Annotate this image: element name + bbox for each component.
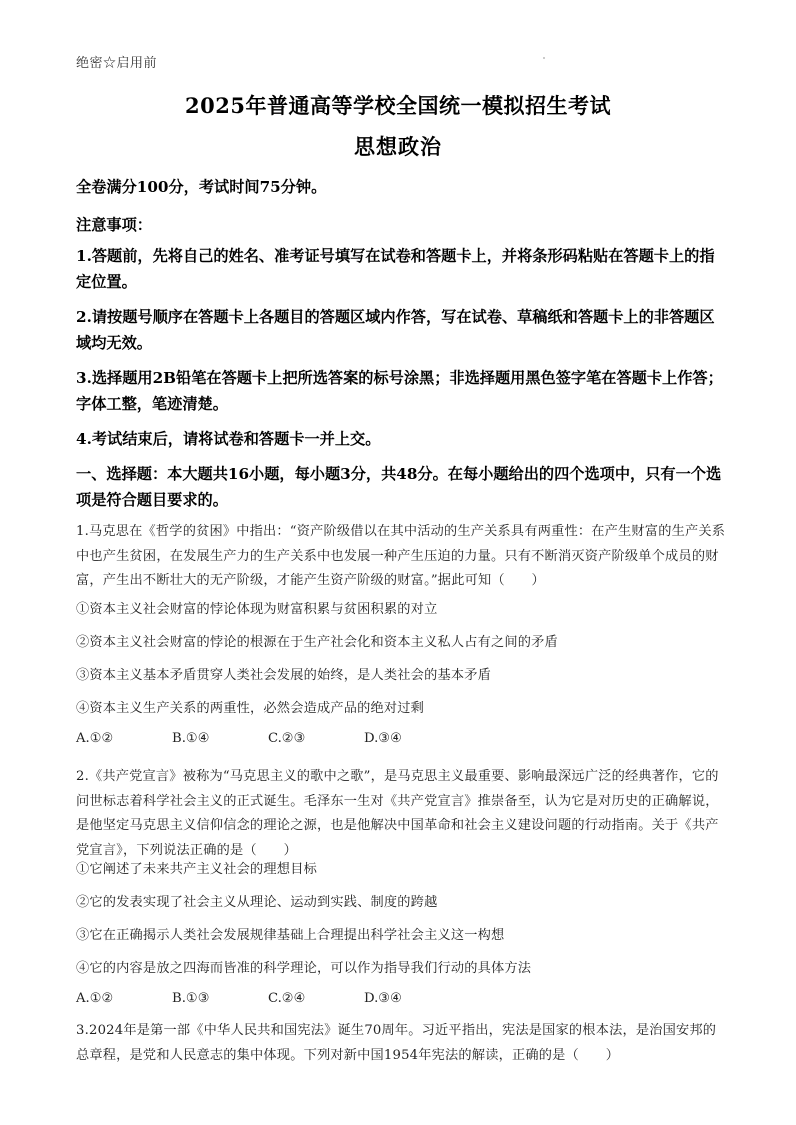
question-1-choices: A.①② B.①④ C.②③ D.③④ xyxy=(76,731,460,746)
question-1-statement-2: ②资本主义社会财富的悖论的根源在于生产社会化和资本主义私人占有之间的矛盾 xyxy=(76,631,558,650)
question-2-choices: A.①② B.①③ C.②④ D.③④ xyxy=(76,991,460,1006)
note-item-3: 3.选择题用2B铅笔在答题卡上把所选答案的标号涂黑；非选择题用黑色签字笔在答题卡… xyxy=(76,365,724,417)
question-2-statement-1: ①它阐述了未来共产主义社会的理想目标 xyxy=(76,858,317,877)
note-item-4: 4.考试结束后，请将试卷和答题卡一并上交。 xyxy=(76,426,724,452)
notes-heading: 注意事项： xyxy=(76,214,152,235)
note-item-1: 1.答题前，先将自己的姓名、准考证号填写在试卷和答题卡上，并将条形码粘贴在答题卡… xyxy=(76,243,724,295)
question-1-choice-d: D.③④ xyxy=(364,731,460,746)
question-2-stem: 2.《共产党宣言》被称为“马克思主义的歌中之歌”，是马克思主义最重要、影响最深远… xyxy=(76,765,726,863)
question-1-choice-b: B.①④ xyxy=(172,731,268,746)
question-1-statement-4: ④资本主义生产关系的两重性，必然会造成产品的绝对过剩 xyxy=(76,697,424,716)
exam-title: 2025年普通高等学校全国统一模拟招生考试 xyxy=(0,90,796,120)
exam-info: 全卷满分100分，考试时间75分钟。 xyxy=(76,176,326,197)
subject-title: 思想政治 xyxy=(0,131,796,161)
question-1-stem: 1.马克思在《哲学的贫困》中指出：“资产阶级借以在其中活动的生产关系具有两重性：… xyxy=(76,520,726,594)
question-1-choice-a: A.①② xyxy=(76,731,172,746)
question-1-statement-3: ③资本主义基本矛盾贯穿人类社会发展的始终，是人类社会的基本矛盾 xyxy=(76,664,491,683)
question-2-choice-d: D.③④ xyxy=(364,991,460,1006)
question-2-statement-2: ②它的发表实现了社会主义从理论、运动到实践、制度的跨越 xyxy=(76,891,437,910)
question-2-choice-c: C.②④ xyxy=(268,991,364,1006)
question-1-statement-1: ①资本主义社会财富的悖论体现为财富积累与贫困积累的对立 xyxy=(76,598,437,617)
question-2-choice-b: B.①③ xyxy=(172,991,268,1006)
question-2-choice-a: A.①② xyxy=(76,991,172,1006)
confidential-label: 绝密☆启用前 xyxy=(76,52,157,71)
question-2-statement-3: ③它在正确揭示人类社会发展规律基础上合理提出科学社会主义这一构想 xyxy=(76,924,504,943)
note-item-2: 2.请按题号顺序在答题卡上各题目的答题区域内作答，写在试卷、草稿纸和答题卡上的非… xyxy=(76,304,724,356)
question-2-statement-4: ④它的内容是放之四海而皆准的科学理论，可以作为指导我们行动的具体方法 xyxy=(76,957,531,976)
section-heading: 一、选择题：本大题共16小题，每小题3分，共48分。在每小题给出的四个选项中，只… xyxy=(76,461,724,513)
question-1-choice-c: C.②③ xyxy=(268,731,364,746)
question-3-stem: 3.2024年是第一部《中华人民共和国宪法》诞生70周年。习近平指出，宪法是国家… xyxy=(76,1019,726,1068)
scan-artifact-dot xyxy=(543,57,545,59)
